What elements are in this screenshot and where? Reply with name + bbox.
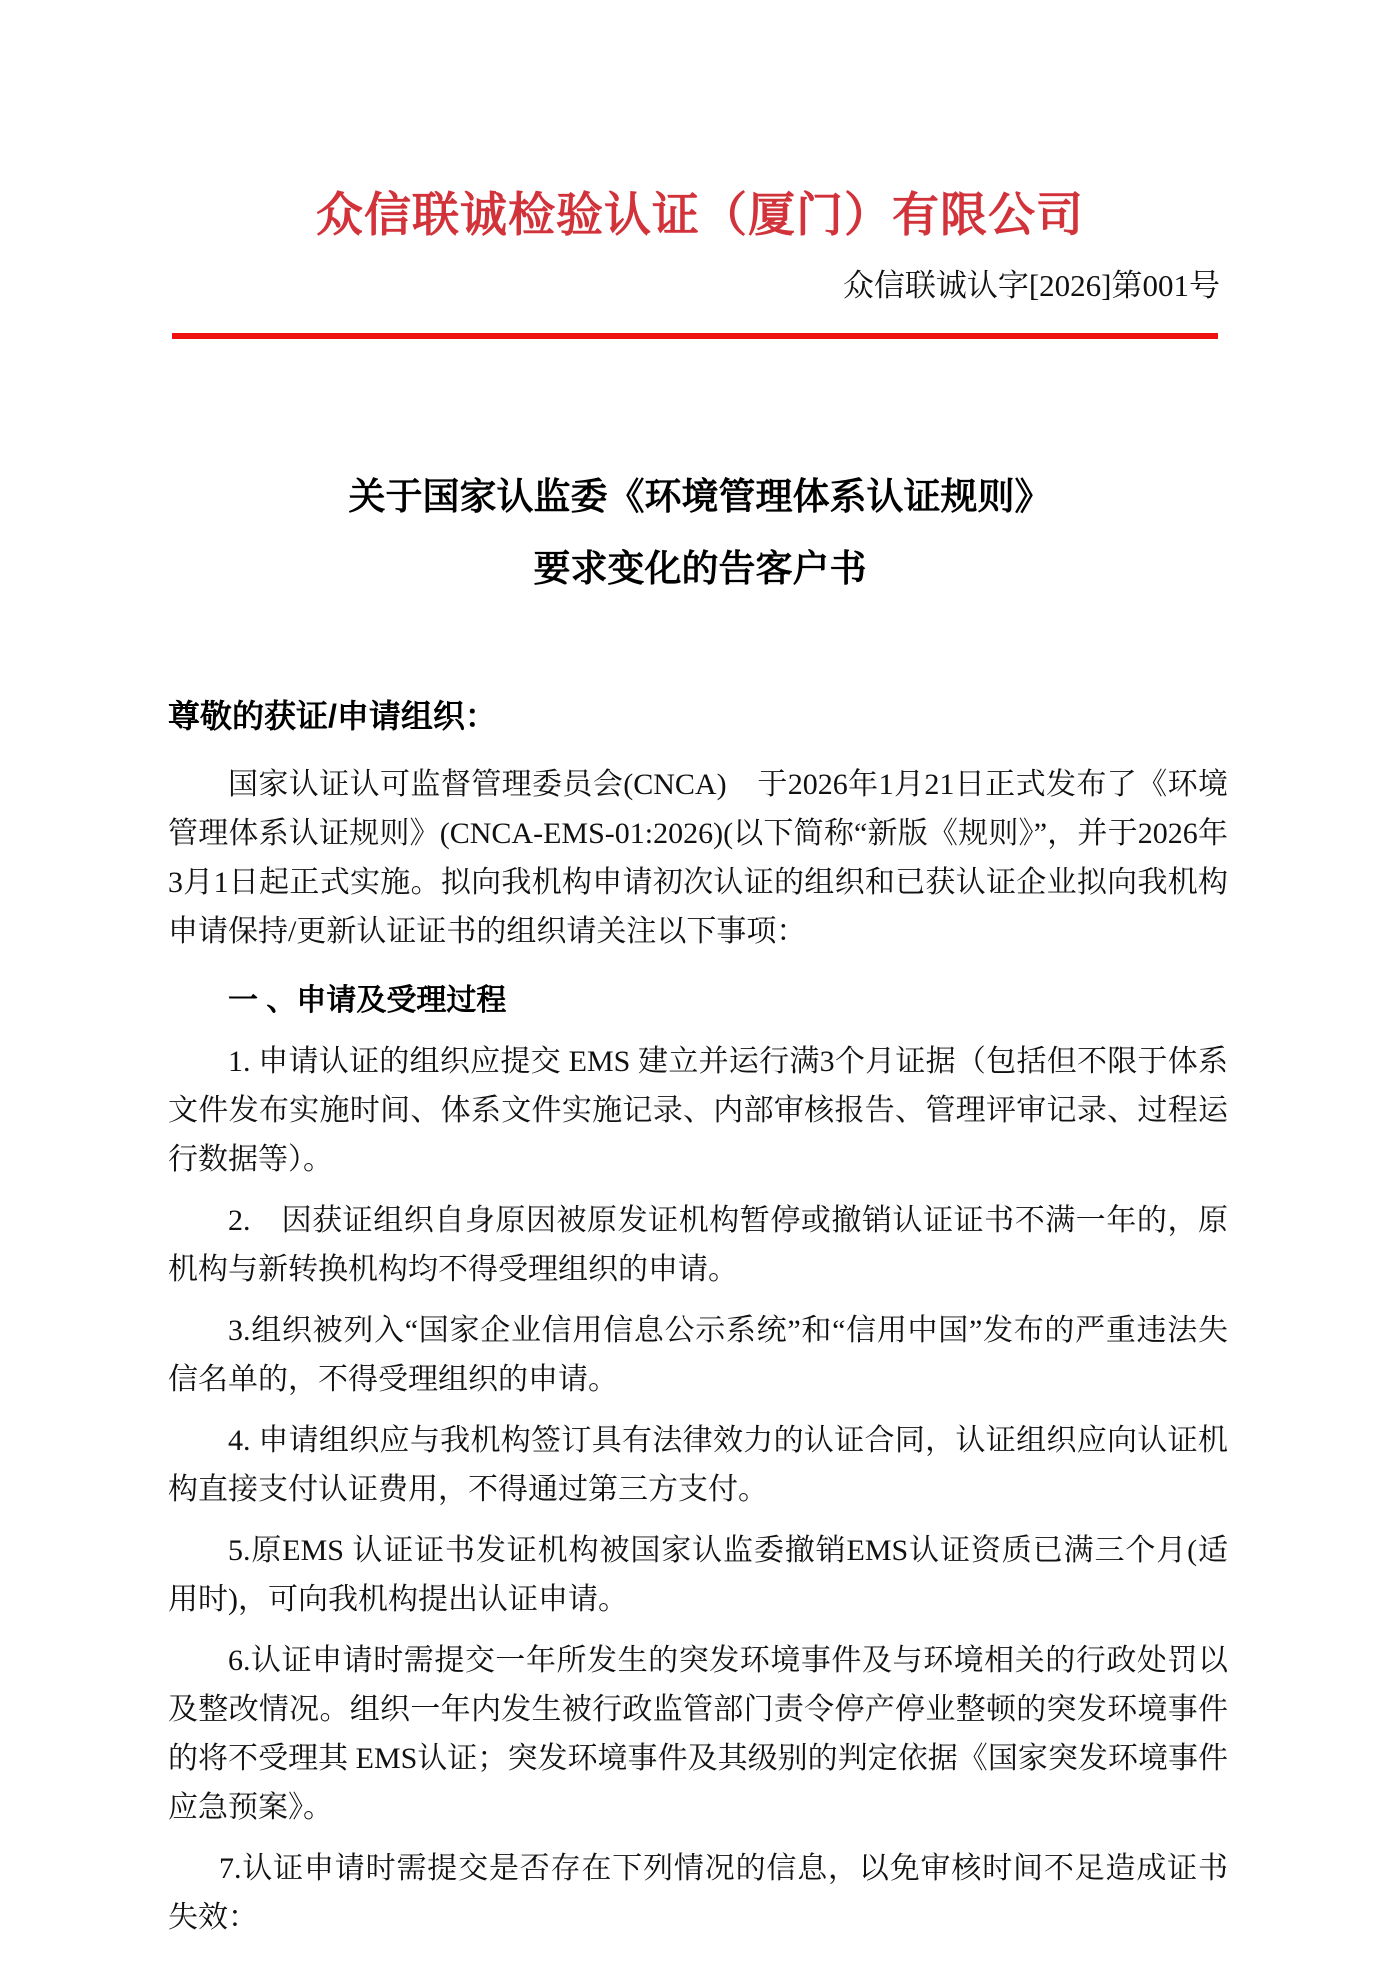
document-title-line-1: 关于国家认监委《环境管理体系认证规则》	[0, 461, 1400, 533]
list-item-3: 3.组织被列入“国家企业信用信息公示系统”和“信用中国”发布的严重违法失信名单的…	[168, 1306, 1228, 1404]
list-item-1: 1. 申请认证的组织应提交 EMS 建立并运行满3个月证据（包括但不限于体系文件…	[168, 1037, 1228, 1184]
salutation: 尊敬的获证/申请组织：	[0, 694, 1400, 738]
list-item-5: 5.原EMS 认证证书发证机构被国家认监委撤销EMS认证资质已满三个月(适用时)…	[168, 1526, 1228, 1624]
intro-paragraph: 国家认证认可监督管理委员会(CNCA) 于2026年1月21日正式发布了《环境管…	[168, 760, 1228, 956]
document-body: 国家认证认可监督管理委员会(CNCA) 于2026年1月21日正式发布了《环境管…	[0, 760, 1400, 1942]
list-item-4: 4. 申请组织应与我机构签订具有法律效力的认证合同，认证组织应向认证机构直接支付…	[168, 1416, 1228, 1514]
document-title-line-2: 要求变化的告客户书	[0, 533, 1400, 605]
letterhead: 众信联诚检验认证（厦门）有限公司 众信联诚认字[2026]第001号	[0, 0, 1400, 339]
list-item-6: 6.认证申请时需提交一年所发生的突发环境事件及与环境相关的行政处罚以及整改情况。…	[168, 1636, 1228, 1832]
list-item-7: 7.认证申请时需提交是否存在下列情况的信息，以免审核时间不足造成证书失效：	[168, 1844, 1228, 1942]
company-name: 众信联诚检验认证（厦门）有限公司	[0, 186, 1400, 244]
reference-number: 众信联诚认字[2026]第001号	[0, 268, 1400, 304]
section-heading: 一 、申请及受理过程	[168, 976, 1228, 1025]
document-title: 关于国家认监委《环境管理体系认证规则》 要求变化的告客户书	[0, 461, 1400, 605]
list-item-2: 2. 因获证组织自身原因被原发证机构暂停或撤销认证证书不满一年的，原机构与新转换…	[168, 1196, 1228, 1294]
document-page: 众信联诚检验认证（厦门）有限公司 众信联诚认字[2026]第001号 关于国家认…	[0, 0, 1400, 1980]
letterhead-divider	[172, 333, 1218, 339]
